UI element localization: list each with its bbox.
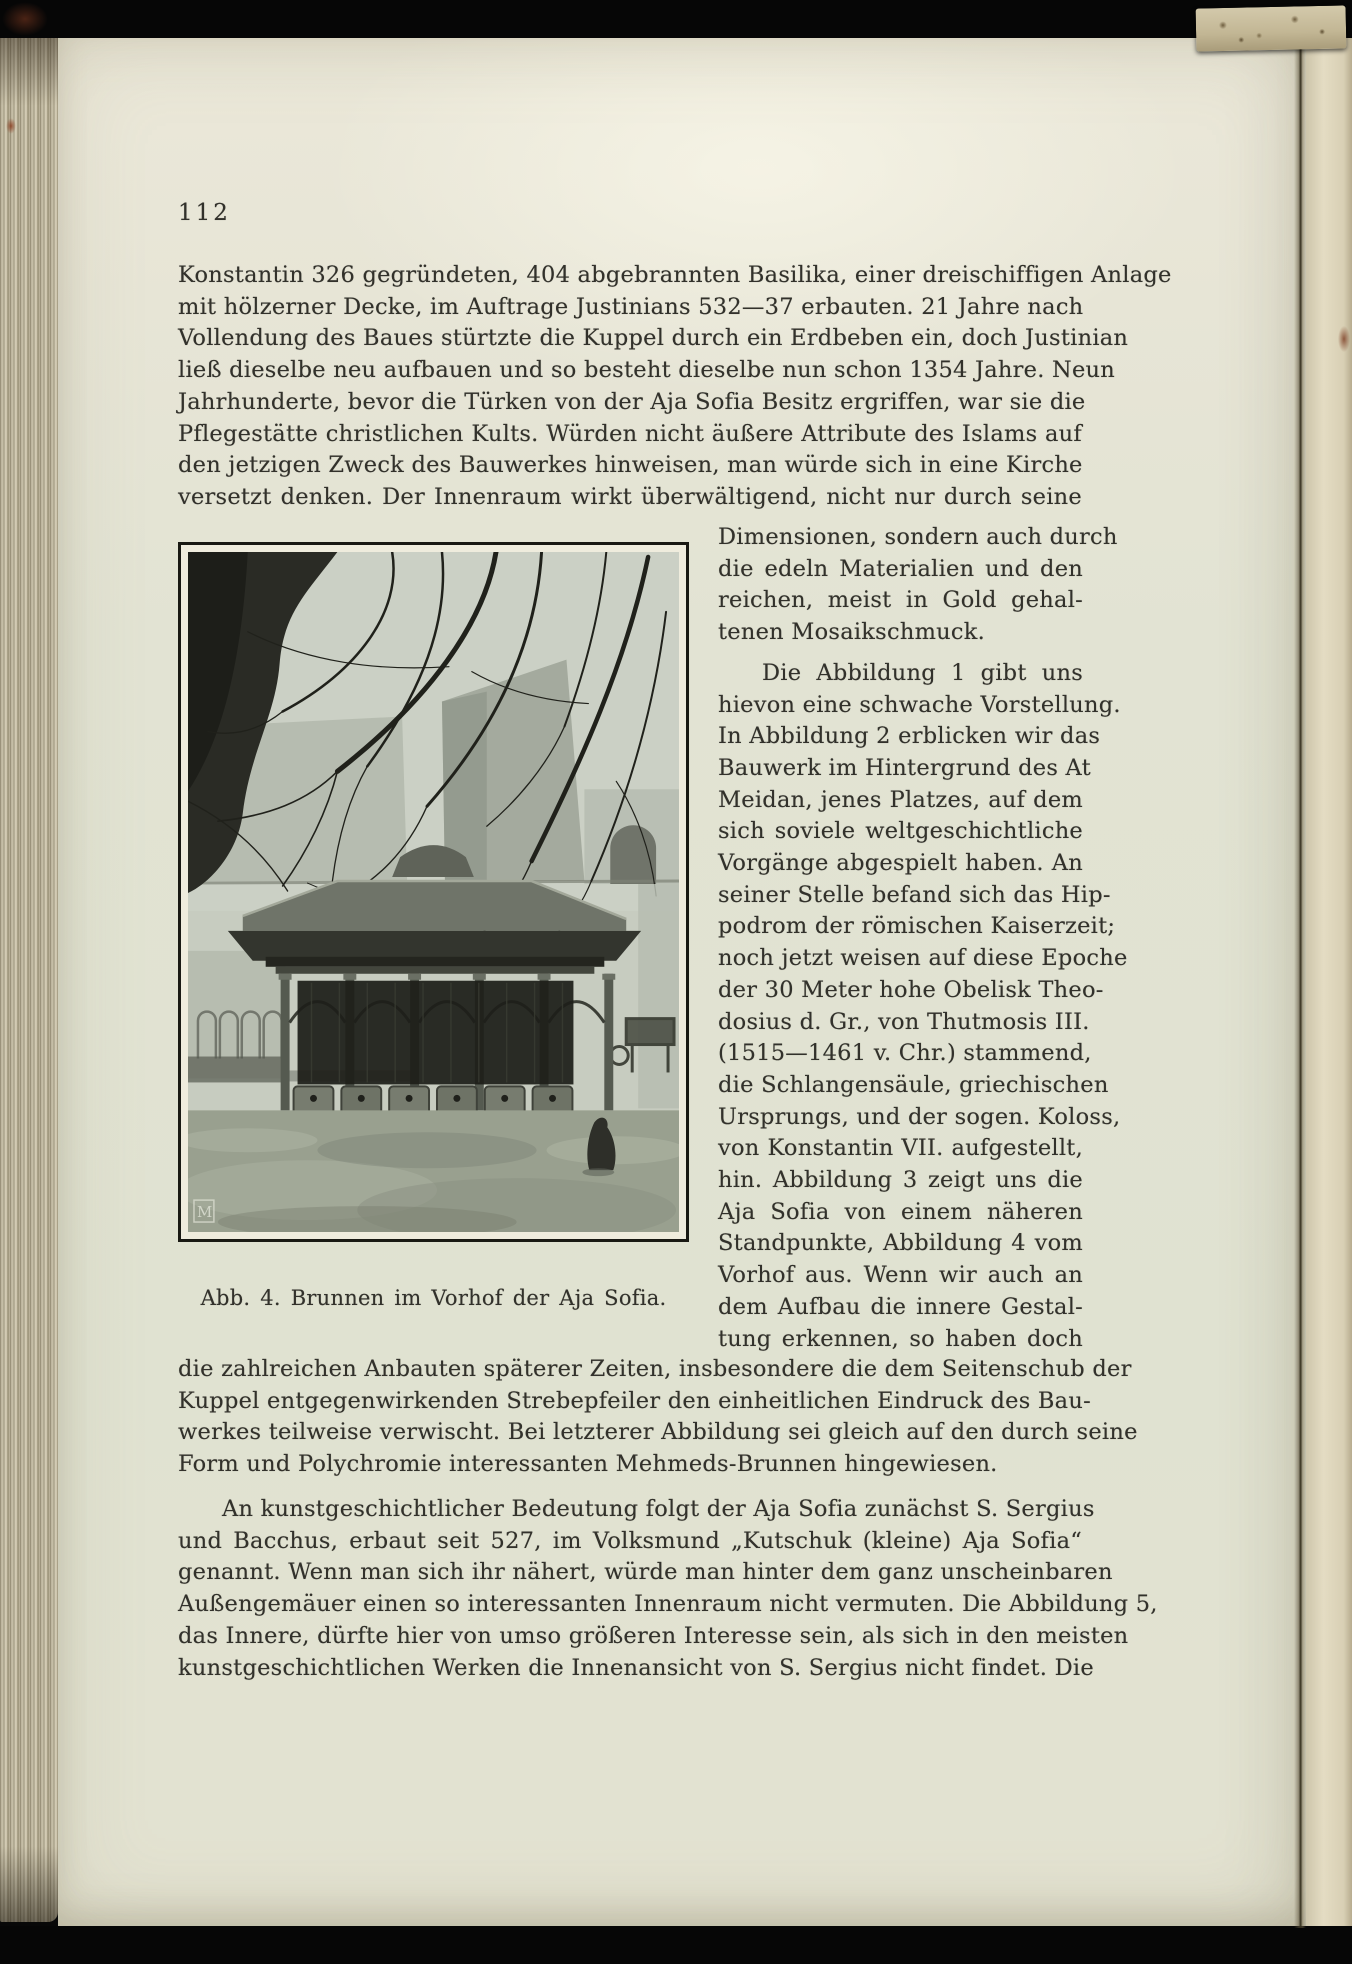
- figure-abb4: M: [178, 542, 689, 1242]
- text-line: Vollendung des Baues stürtzte die Kuppel…: [178, 323, 1082, 355]
- text-line: Pflegestätte christlichen Kults. Würden …: [178, 419, 1082, 451]
- book-page-edge-right: [1306, 36, 1352, 1928]
- text-line: Konstantin 326 gegründeten, 404 abgebran…: [178, 260, 1082, 292]
- text-line: Außengemäuer einen so interessanten Inne…: [178, 1589, 1082, 1621]
- text-line: genannt. Wenn man sich ihr nähert, würde…: [178, 1557, 1082, 1589]
- text-line: dosius d. Gr., von Thutmosis III.: [718, 1007, 1083, 1039]
- page-number: 112: [178, 198, 231, 230]
- text-line: seiner Stelle befand sich das Hip-: [718, 880, 1083, 912]
- text-line: tung erkennen, so haben doch: [718, 1324, 1083, 1356]
- text-line: werkes teilweise verwischt. Bei letztere…: [178, 1417, 1082, 1449]
- page-crease: [1294, 36, 1306, 1928]
- text-line: Vorhof aus. Wenn wir auch an: [718, 1260, 1083, 1292]
- text-line: die Schlangensäule, griechischen: [718, 1070, 1083, 1102]
- text-line: und Bacchus, erbaut seit 527, im Volksmu…: [178, 1526, 1082, 1558]
- text-line: kunstgeschichtlichen Werken die Innenans…: [178, 1653, 1082, 1685]
- scan-background-top: [0, 0, 1352, 38]
- text-line: sich soviele weltgeschichtliche: [718, 816, 1083, 848]
- text-line: das Innere, dürfte hier von umso größere…: [178, 1621, 1082, 1653]
- paragraph-3: An kunstgeschichtlicher Bedeutung folgt …: [178, 1494, 1082, 1684]
- text-line: In Abbildung 2 erblicken wir das: [718, 721, 1083, 753]
- text-line: podrom der römischen Kaiserzeit;: [718, 911, 1083, 943]
- wrap-column-text: Dimensionen, sondern auch durchdie edeln…: [718, 522, 1083, 1355]
- text-line: von Konstantin VII. aufgestellt,: [718, 1133, 1083, 1165]
- text-line: hin. Abbildung 3 zeigt uns die: [718, 1165, 1083, 1197]
- text-line: Meidan, jenes Platzes, auf dem: [718, 785, 1083, 817]
- text-line: Form und Polychromie interessanten Mehme…: [178, 1449, 1082, 1481]
- text-line: der 30 Meter hohe Obelisk Theo-: [718, 975, 1083, 1007]
- text-line: An kunstgeschichtlicher Bedeutung folgt …: [178, 1494, 1082, 1526]
- text-line: Kuppel entgegenwirkenden Strebepfeiler d…: [178, 1386, 1082, 1418]
- text-line: noch jetzt weisen auf diese Epoche: [718, 943, 1083, 975]
- text-line: Ursprungs, und der sogen. Koloss,: [718, 1102, 1083, 1134]
- paragraph-1: Konstantin 326 gegründeten, 404 abgebran…: [178, 260, 1082, 514]
- text-line: versetzt denken. Der Innenraum wirkt übe…: [178, 482, 1082, 514]
- text-line: den jetzigen Zweck des Bauwerkes hinweis…: [178, 450, 1082, 482]
- scan-stain: [6, 118, 16, 134]
- text-line: Vorgänge abgespielt haben. An: [718, 848, 1083, 880]
- book-fore-edge-top-right: [1196, 5, 1347, 51]
- text-line: reichen, meist in Gold gehal-: [718, 585, 1083, 617]
- text-line: mit hölzerner Decke, im Auftrage Justini…: [178, 292, 1082, 324]
- text-line: tenen Mosaikschmuck.: [718, 617, 1083, 649]
- scan-stain: [1338, 326, 1350, 352]
- text-line: (1515—1461 v. Chr.) stammend,: [718, 1038, 1083, 1070]
- book-scan: { "page": { "number": "112", "caption": …: [0, 0, 1352, 1964]
- text-line: ließ dieselbe neu aufbauen und so besteh…: [178, 355, 1082, 387]
- text-line: dem Aufbau die innere Gestal-: [718, 1292, 1083, 1324]
- book-page-edges-left: [0, 30, 58, 1922]
- scan-stain: [2, 2, 48, 36]
- text-line: hievon eine schwache Vorstellung.: [718, 690, 1083, 722]
- text-line: Standpunkte, Abbildung 4 vom: [718, 1228, 1083, 1260]
- text-line: Dimensionen, sondern auch durch: [718, 522, 1083, 554]
- photographer-monogram: M: [197, 1203, 212, 1221]
- paragraph-2: die zahlreichen Anbauten späterer Zeiten…: [178, 1354, 1082, 1481]
- fountain-photo-illustration: M: [188, 552, 679, 1232]
- text-line: Aja Sofia von einem näheren: [718, 1197, 1083, 1229]
- text-line: die edeln Materialien und den: [718, 554, 1083, 586]
- text-line: Die Abbildung 1 gibt uns: [718, 658, 1083, 690]
- figure-caption: Abb. 4. Brunnen im Vorhof der Aja Sofia.: [178, 1283, 689, 1315]
- text-line: Bauwerk im Hintergrund des At: [718, 753, 1083, 785]
- text-line: die zahlreichen Anbauten späterer Zeiten…: [178, 1354, 1082, 1386]
- scan-background-bottom: [0, 1926, 1352, 1964]
- text-line: Jahrhunderte, bevor die Türken von der A…: [178, 387, 1082, 419]
